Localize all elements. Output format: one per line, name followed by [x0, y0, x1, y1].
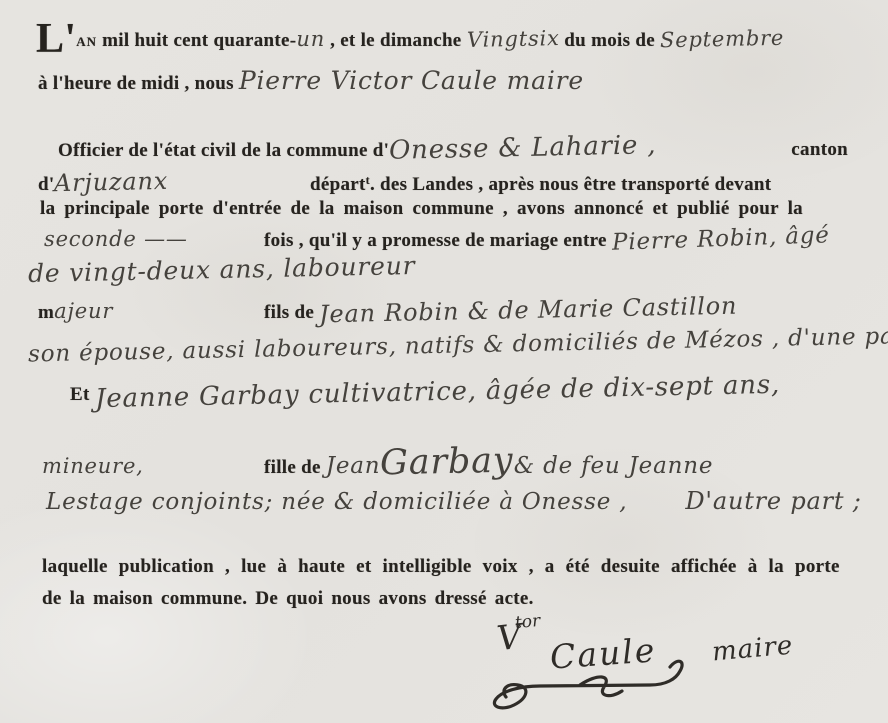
line-bride: Et Jeanne Garbay cultivatrice, âgée de d… — [70, 377, 780, 407]
handwritten-groom-parents: Jean Robin & de Marie Castillon — [319, 292, 738, 329]
printed-text: fils de — [264, 302, 319, 323]
handwritten-minority: mineure, — [42, 454, 144, 478]
handwritten-bride-mother: & de feu Jeanne — [514, 453, 713, 479]
printed-text-canton: canton — [791, 139, 848, 161]
signature-initial-superscript: tor — [514, 611, 541, 633]
handwritten-bride-father: Jean — [326, 453, 381, 479]
fill-in-canton-area: d'Arjuzanx — [38, 168, 310, 196]
line-publication-number: seconde ——fois , qu'il y a promesse de m… — [44, 226, 830, 252]
handwritten-bride-details: Lestage conjoints; née & domiciliée à On… — [46, 489, 627, 515]
line-commune: Officier de l'état civil de la commune d… — [58, 133, 848, 163]
handwritten-commune: Onesse & Laharie , — [389, 130, 657, 166]
handwritten-month: Septembre — [660, 26, 785, 53]
handwritten-officer-name: Pierre Victor Caule maire — [239, 66, 584, 95]
handwritten-canton: Arjuzanx — [54, 167, 169, 197]
printed-text: , et le dimanche — [325, 30, 467, 51]
printed-text: d' — [38, 174, 54, 195]
printed-text: m — [38, 302, 54, 323]
handwritten-day: Vingtsix — [466, 26, 559, 52]
fill-in-minority-area: mineure, — [42, 454, 264, 478]
line-publication-statement: la principale porte d'entrée de la maiso… — [40, 198, 803, 220]
handwritten-bride-surname-large: Garbay — [380, 441, 514, 484]
handwritten-publication-count: seconde —— — [44, 227, 188, 251]
printed-text: . des Landes , après nous être transport… — [370, 174, 771, 195]
printed-text: Officier de l'état civil de la commune d… — [58, 140, 389, 161]
printed-text: départ — [310, 174, 366, 195]
handwritten-year: un — [296, 27, 325, 51]
printed-text: la principale porte d'entrée de la maiso… — [40, 198, 803, 219]
line-opening-date: L'AN mil huit cent quarante-un , et le d… — [36, 27, 784, 52]
printed-text: du mois de — [559, 30, 660, 51]
line-groom-parents: majeurfils de Jean Robin & de Marie Cast… — [38, 296, 737, 324]
handwritten-groom-age: de vingt-deux ans, laboureur — [28, 251, 416, 288]
printed-text: Et — [70, 384, 95, 405]
handwritten-majority: ajeur — [54, 299, 113, 323]
fill-in-majority-area: majeur — [38, 299, 264, 324]
line-bride-parents-details: Lestage conjoints; née & domiciliée à On… — [46, 487, 862, 515]
signature-flourish-icon — [480, 655, 740, 715]
printed-text: AN — [76, 34, 97, 49]
handwritten-autre-part: D'autre part ; — [685, 487, 861, 515]
line-officer-name: à l'heure de midi , nous Pierre Victor C… — [38, 66, 584, 95]
line-canton-departement: d'Arjuzanxdépartt. des Landes , après no… — [38, 168, 771, 196]
line-bride-parents: mineure,fille de Jean Garbay & de feu Je… — [42, 442, 713, 482]
line-groom-parents-details: son épouse, aussi laboureurs, natifs & d… — [28, 332, 888, 358]
handwritten-groom-name: Pierre Robin, âgé — [611, 222, 829, 256]
drop-cap-initial: L' — [36, 16, 76, 62]
line-groom-age: de vingt-deux ans, laboureur — [28, 255, 415, 284]
printed-text: fois , qu'il y a promesse de mariage ent… — [264, 230, 612, 251]
printed-text: fille de — [264, 457, 326, 478]
line-closing-statement: laquelle publication , lue à haute et in… — [42, 556, 840, 578]
printed-text: à l'heure de midi , nous — [38, 73, 239, 94]
printed-text: laquelle publication , lue à haute et in… — [42, 556, 840, 577]
printed-text: mil huit cent quarante- — [97, 30, 296, 51]
fill-in-count-area: seconde —— — [44, 227, 264, 251]
line-closing-statement-2: de la maison commune. De quoi nous avons… — [42, 588, 534, 610]
printed-text: de la maison commune. De quoi nous avons… — [42, 588, 534, 609]
